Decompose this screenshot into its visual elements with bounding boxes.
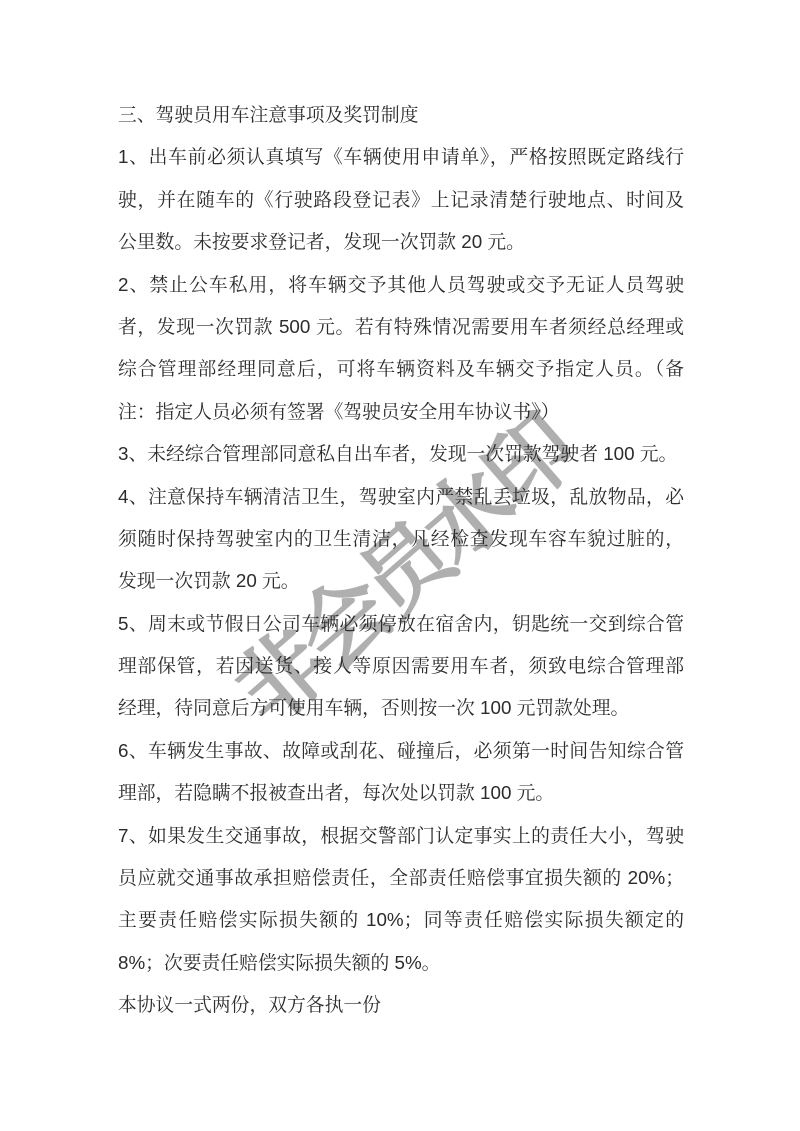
text-line: 2、禁止公车私用，将车辆交予其他人员驾驶或交予无证人员驾驶 xyxy=(118,264,684,306)
text-line: 者，发现一次罚款 500 元。若有特殊情况需要用车者须经总经理或 xyxy=(118,306,684,348)
paragraph: 5、周末或节假日公司车辆必须停放在宿舍内，钥匙统一交到综合管理部保管，若因送货、… xyxy=(118,603,684,730)
paragraph: 2、禁止公车私用，将车辆交予其他人员驾驶或交予无证人员驾驶者，发现一次罚款 50… xyxy=(118,264,684,434)
text-line: 主要责任赔偿实际损失额的 10%；同等责任赔偿实际损失额定的 xyxy=(118,899,684,941)
document-content: 三、驾驶员用车注意事项及奖罚制度 1、出车前必须认真填写《车辆使用申请单》，严格… xyxy=(118,94,684,1027)
paragraphs: 1、出车前必须认真填写《车辆使用申请单》，严格按照既定路线行驶，并在随车的《行驶… xyxy=(118,136,684,1026)
text-line: 注：指定人员必须有签署《驾驶员安全用车协议书》） xyxy=(118,391,684,433)
paragraph: 6、车辆发生事故、故障或刮花、碰撞后，必须第一时间告知综合管理部，若隐瞒不报被查… xyxy=(118,730,684,815)
text-line: 发现一次罚款 20 元。 xyxy=(118,560,684,602)
paragraph: 4、注意保持车辆清洁卫生，驾驶室内严禁乱丢垃圾，乱放物品，必须随时保持驾驶室内的… xyxy=(118,476,684,603)
text-line: 理部，若隐瞒不报被查出者，每次处以罚款 100 元。 xyxy=(118,772,684,814)
section-heading: 三、驾驶员用车注意事项及奖罚制度 xyxy=(118,94,684,136)
text-line: 8%；次要责任赔偿实际损失额的 5%。 xyxy=(118,942,684,984)
text-line: 6、车辆发生事故、故障或刮花、碰撞后，必须第一时间告知综合管 xyxy=(118,730,684,772)
text-line: 本协议一式两份，双方各执一份 xyxy=(118,984,684,1026)
text-line: 员应就交通事故承担赔偿责任，全部责任赔偿事宜损失额的 20%； xyxy=(118,857,684,899)
text-line: 须随时保持驾驶室内的卫生清洁，凡经检查发现车容车貌过脏的， xyxy=(118,518,684,560)
paragraph: 7、如果发生交通事故，根据交警部门认定事实上的责任大小，驾驶员应就交通事故承担赔… xyxy=(118,815,684,985)
paragraph: 3、未经综合管理部同意私自出车者，发现一次罚款驾驶者 100 元。 xyxy=(118,433,684,475)
text-line: 理部保管，若因送货、接人等原因需要用车者，须致电综合管理部 xyxy=(118,645,684,687)
text-line: 5、周末或节假日公司车辆必须停放在宿舍内，钥匙统一交到综合管 xyxy=(118,603,684,645)
text-line: 公里数。未按要求登记者，发现一次罚款 20 元。 xyxy=(118,221,684,263)
text-line: 4、注意保持车辆清洁卫生，驾驶室内严禁乱丢垃圾，乱放物品，必 xyxy=(118,476,684,518)
text-line: 1、出车前必须认真填写《车辆使用申请单》，严格按照既定路线行 xyxy=(118,136,684,178)
paragraph: 本协议一式两份，双方各执一份 xyxy=(118,984,684,1026)
text-line: 3、未经综合管理部同意私自出车者，发现一次罚款驾驶者 100 元。 xyxy=(118,433,684,475)
text-line: 驶，并在随车的《行驶路段登记表》上记录清楚行驶地点、时间及 xyxy=(118,179,684,221)
text-line: 经理，待同意后方可使用车辆，否则按一次 100 元罚款处理。 xyxy=(118,687,684,729)
document-page: 非会员水印 三、驾驶员用车注意事项及奖罚制度 1、出车前必须认真填写《车辆使用申… xyxy=(0,0,800,1131)
text-line: 综合管理部经理同意后，可将车辆资料及车辆交予指定人员。（备 xyxy=(118,348,684,390)
paragraph: 1、出车前必须认真填写《车辆使用申请单》，严格按照既定路线行驶，并在随车的《行驶… xyxy=(118,136,684,263)
text-line: 7、如果发生交通事故，根据交警部门认定事实上的责任大小，驾驶 xyxy=(118,815,684,857)
